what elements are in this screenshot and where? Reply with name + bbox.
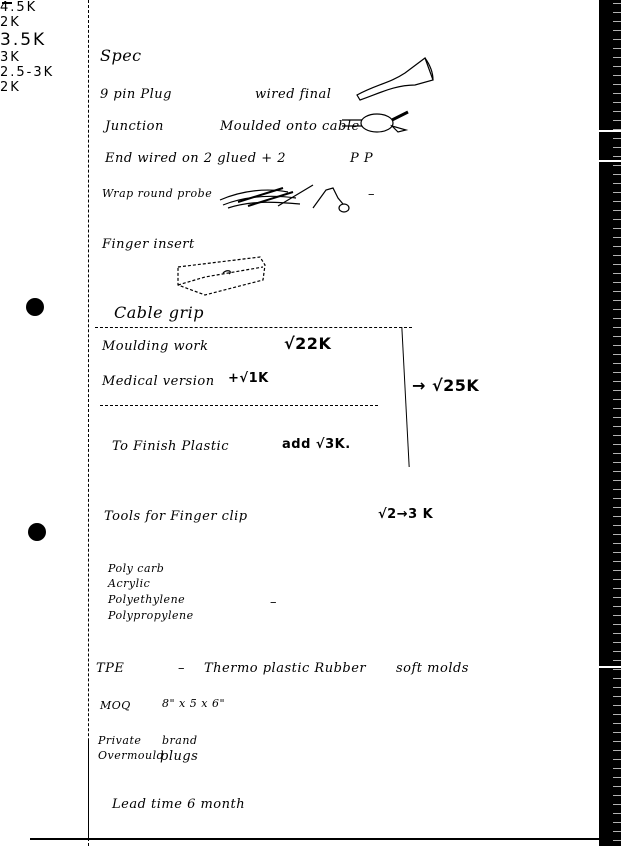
item-price: 3.5K (0, 30, 621, 50)
scan-gap (599, 666, 621, 668)
margin-line (88, 0, 89, 846)
box-border-top (95, 327, 412, 328)
materials-dash: – (270, 596, 277, 609)
item-detail: P P (350, 152, 373, 165)
material-item: Polypropylene (108, 610, 194, 621)
private-label: Private (98, 735, 141, 746)
finger-insert-sketch-icon (175, 255, 270, 305)
punch-hole-bottom (28, 523, 46, 541)
boxed-total: → √25K (412, 378, 479, 394)
tpe-label: TPE (96, 662, 124, 675)
plug-sketch-icon (355, 55, 435, 105)
note-title: Spec (100, 48, 142, 64)
moq-label: MOQ (100, 700, 131, 711)
scan-artifact (2, 2, 12, 4)
item-label: Wrap round probe (102, 188, 212, 199)
boxed-price: √22K (284, 336, 331, 352)
tpe-dash: – (178, 662, 185, 675)
wrap-probe-sketch-icon (218, 180, 353, 215)
item-price: 4.5K (0, 0, 621, 15)
overmould-label: Overmould (98, 750, 164, 761)
boxed-label: Moulding work (102, 340, 209, 353)
scan-gap (599, 160, 621, 162)
boxed-price: +√1K (228, 372, 269, 385)
item-label: Junction (105, 120, 164, 133)
box-divider (100, 405, 378, 406)
item-detail: wired final (255, 88, 331, 101)
lead-time: Lead time 6 month (112, 798, 245, 811)
private-value: brand (162, 735, 197, 746)
tools-price: √2→3 K (378, 508, 433, 521)
scan-edge-border (599, 0, 621, 846)
margin-line-solid (88, 740, 89, 840)
tpe-extra: soft molds (396, 662, 469, 675)
item-label: End wired on 2 glued + 2 (105, 152, 286, 165)
item-detail: – (368, 188, 375, 201)
material-item: Poly carb (108, 563, 164, 574)
box-border-right (401, 327, 409, 467)
boxed-label: Medical version (102, 375, 215, 388)
material-item: Acrylic (108, 578, 150, 589)
item-price: 2.5-3K (0, 65, 621, 80)
scan-gap (599, 130, 621, 132)
item-detail: Moulded onto cable (220, 120, 360, 133)
scanned-note-page: Spec 9 pin Plug wired final 4.5K Junctio… (0, 0, 621, 846)
scan-noise (613, 0, 621, 846)
boxed-label: To Finish Plastic (112, 440, 229, 453)
boxed-price: add √3K. (282, 438, 351, 451)
material-item: Polyethylene (108, 594, 185, 605)
overmould-value: plugs (160, 750, 198, 763)
item-label: 9 pin Plug (100, 88, 172, 101)
moq-value: 8" x 5 x 6" (162, 698, 225, 709)
item-label: Cable grip (114, 305, 204, 321)
tpe-detail: Thermo plastic Rubber (204, 662, 366, 675)
tools-label: Tools for Finger clip (104, 510, 248, 523)
punch-hole-top (26, 298, 44, 316)
item-label: Finger insert (102, 238, 195, 251)
junction-sketch-icon (342, 110, 412, 138)
item-price: 2K (0, 15, 621, 30)
page-bottom-edge (30, 838, 600, 840)
item-price: 3K (0, 50, 621, 65)
